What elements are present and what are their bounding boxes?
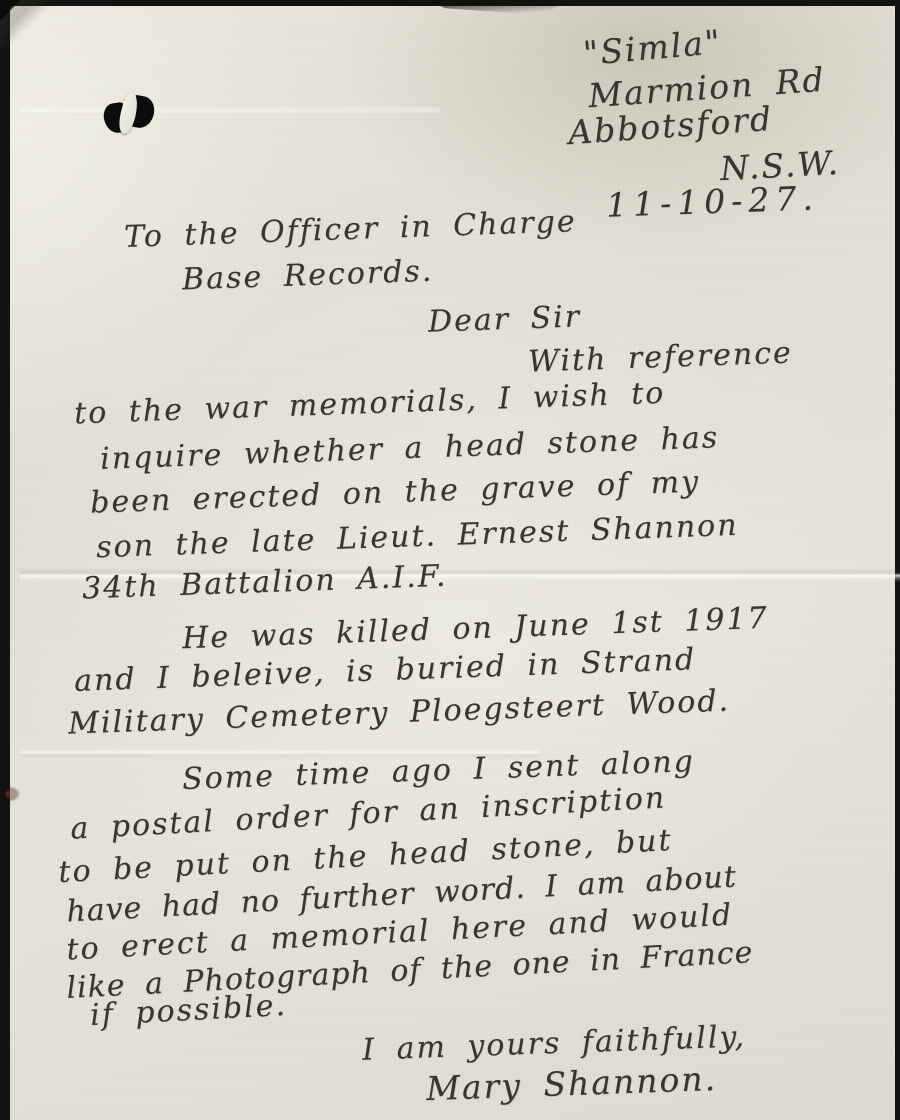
paper-crease — [20, 106, 440, 114]
punch-hole — [104, 88, 156, 140]
paper-edge-tear — [6, 786, 20, 802]
letter-date: 11-10-27. — [605, 178, 819, 224]
scan-corner-shadow — [0, 0, 70, 90]
salutation: Dear Sir — [427, 299, 581, 339]
scanned-letter-page: "Simla" Marmion Rd Abbotsford N.S.W. 11-… — [0, 0, 900, 1120]
